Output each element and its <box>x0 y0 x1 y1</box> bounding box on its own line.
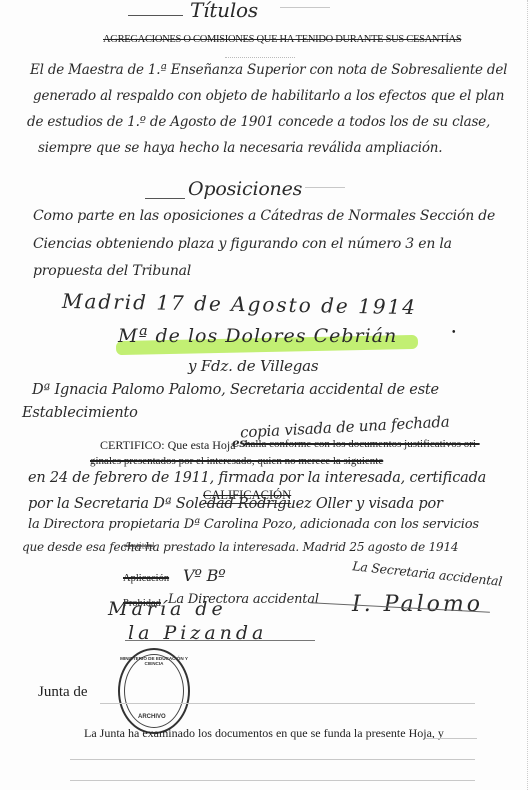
date-line: Madrid 17 de Agosto de 1914 <box>62 289 417 319</box>
junta-line <box>100 703 475 704</box>
secretaria-label: La Secretaria accidental <box>352 558 503 589</box>
oposiciones-line-1: Como parte en las oposiciones a Cátedras… <box>33 208 495 224</box>
archive-stamp: MINISTERIO DE EDUCACIÓN Y CIENCIA ARCHIV… <box>118 648 190 734</box>
aptitud-printed: Aptitud <box>124 541 155 552</box>
certifico-struck-2: ginales presentados por el interesado, q… <box>90 455 383 467</box>
signature-name-1: Mª de los Dolores Cebrián <box>118 325 397 347</box>
continuation-line-1: en 24 de febrero de 1911, firmada por la… <box>28 470 486 486</box>
oposiciones-heading: Oposiciones <box>188 178 302 200</box>
directora-signature-1: María de <box>108 598 227 620</box>
document-page: Títulos AGREGACIONES O COMISIONES QUE HA… <box>0 0 530 790</box>
titulos-rule-left <box>128 15 183 16</box>
junta-fill-line-3 <box>70 780 475 781</box>
aplicacion-printed: Aplicación <box>123 573 169 584</box>
titulos-rule-right <box>280 7 330 8</box>
certifico-inserted: es <box>232 436 246 450</box>
secretaria-signature: I. Palomo <box>352 592 483 617</box>
titulos-line-4: siempre que se haya hecho la necesaria r… <box>38 140 442 156</box>
header-dots <box>225 57 295 58</box>
certifico-struck-1: halla conforme con los documentos justif… <box>245 438 480 450</box>
stamp-top-text: MINISTERIO DE EDUCACIÓN Y CIENCIA <box>114 656 194 666</box>
printed-header: AGREGACIONES O COMISIONES QUE HA TENIDO … <box>103 34 461 45</box>
junta-fill-line-1 <box>425 738 477 739</box>
junta-label: Junta de <box>38 684 88 701</box>
signature-name-2: y Fdz. de Villegas <box>188 357 318 375</box>
secretary-line-2: Establecimiento <box>22 405 138 421</box>
continuation-line-3: la Directora propietaria Dª Carolina Poz… <box>28 517 479 532</box>
oposiciones-line-2: Ciencias obteniendo plaza y figurando co… <box>33 236 452 252</box>
certifico-printed: CERTIFICO: Que esta Hoja <box>100 438 236 453</box>
directora-flourish <box>125 640 315 641</box>
vobo-mark: Vº Bº <box>183 566 225 585</box>
margin-mark: • <box>452 327 456 338</box>
oposiciones-rule-right <box>305 187 345 188</box>
junta-text: La Junta ha examinado los documentos en … <box>84 726 444 741</box>
continuation-line-4: que desde esa fecha ha prestado la inter… <box>22 540 458 554</box>
oposiciones-line-3: propuesta del Tribunal <box>33 263 191 279</box>
titulos-line-3: de estudios de 1.º de Agosto de 1901 con… <box>27 114 490 130</box>
titulos-line-2: generado al respaldo con objeto de habil… <box>33 88 504 104</box>
titulos-heading: Títulos <box>190 0 258 22</box>
continuation-line-2: por la Secretaria Dª Soledad Rodríguez O… <box>28 496 443 512</box>
oposiciones-rule <box>145 198 185 199</box>
junta-fill-line-2 <box>70 759 475 760</box>
secretary-line-1: Dª Ignacia Palomo Palomo, Secretaria acc… <box>32 382 439 398</box>
titulos-line-1: El de Maestra de 1.ª Enseñanza Superior … <box>30 62 507 78</box>
stamp-bottom-text: ARCHIVO <box>138 714 166 720</box>
scan-edge <box>526 0 528 790</box>
